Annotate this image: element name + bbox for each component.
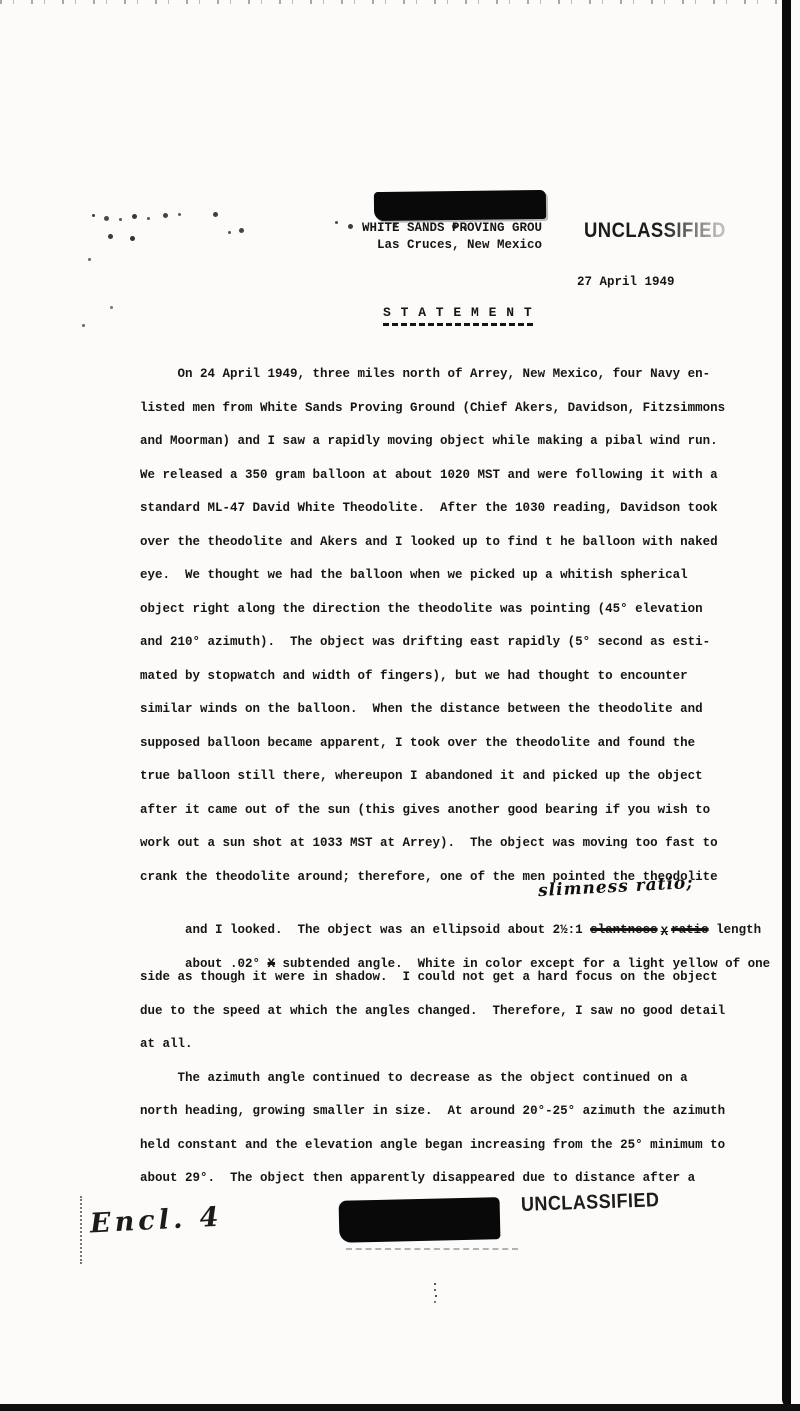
text-line: over the theodolite and Akers and I look… — [140, 526, 760, 560]
text-line: mated by stopwatch and width of fingers)… — [140, 660, 760, 694]
text-line: similar winds on the balloon. When the d… — [140, 693, 760, 727]
redaction-bar-bottom — [339, 1197, 501, 1243]
text-line: standard ML-47 David White Theodolite. A… — [140, 492, 760, 526]
unclassified-stamp-top: UNCLASSIFIED — [584, 219, 726, 243]
text-line: about 29°. The object then apparently di… — [140, 1162, 760, 1196]
letterhead-org-name: WHITE SANDS PROVING GROU — [362, 221, 542, 235]
text-line: due to the speed at which the angles cha… — [140, 995, 760, 1029]
scan-margin-mark — [80, 1196, 82, 1264]
ink-smudges — [92, 214, 95, 217]
scan-border-right — [782, 0, 791, 1408]
document-date: 27 April 1949 — [577, 275, 675, 289]
scan-speck — [434, 1283, 436, 1285]
text-line: true balloon still there, whereupon I ab… — [140, 760, 760, 794]
text-line-with-correction: and I looked. The object was an ellipsoi… — [140, 894, 760, 928]
text-line: held constant and the elevation angle be… — [140, 1129, 760, 1163]
text-line: north heading, growing smaller in size. … — [140, 1095, 760, 1129]
text-line: after it came out of the sun (this gives… — [140, 794, 760, 828]
text-line: eye. We thought we had the balloon when … — [140, 559, 760, 593]
text-line: object right along the direction the the… — [140, 593, 760, 627]
text-line: and Moorman) and I saw a rapidly moving … — [140, 425, 760, 459]
text-line: supposed balloon became apparent, I took… — [140, 727, 760, 761]
erased-text-remnant — [346, 1248, 518, 1250]
text-line: work out a sun shot at 1033 MST at Arrey… — [140, 827, 760, 861]
handwritten-enclosure-note: Encl. 4 — [89, 1202, 223, 1240]
text-line: On 24 April 1949, three miles north of A… — [140, 358, 760, 392]
redaction-bar-top — [374, 190, 546, 221]
text-line: The azimuth angle continued to decrease … — [140, 1062, 760, 1096]
text-line: We released a 350 gram balloon at about … — [140, 459, 760, 493]
text-line: and 210° azimuth). The object was drifti… — [140, 626, 760, 660]
document-scan: WHITE SANDS PROVING GROU Las Cruces, New… — [0, 0, 800, 1411]
unclassified-stamp-bottom: UNCLASSIFIED — [521, 1189, 660, 1217]
text-line: at all. — [140, 1028, 760, 1062]
scan-edge-noise — [0, 0, 800, 4]
letterhead-org-location: Las Cruces, New Mexico — [377, 238, 542, 252]
text-line: listed men from White Sands Proving Grou… — [140, 392, 760, 426]
text-line-with-overstrike: about .02° X subtended angle. White in c… — [140, 928, 760, 962]
text-line: side as though it were in shadow. I coul… — [140, 961, 760, 995]
scan-border-bottom — [0, 1404, 800, 1411]
statement-body: On 24 April 1949, three miles north of A… — [140, 358, 760, 1196]
document-title: S T A T E M E N T — [383, 305, 533, 326]
